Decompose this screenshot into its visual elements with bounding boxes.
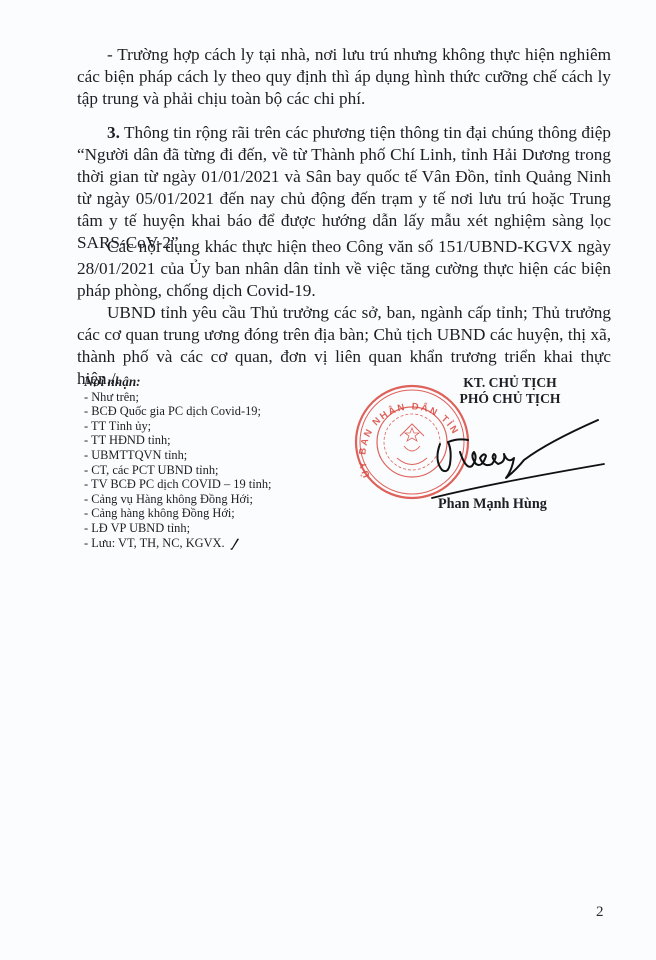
paragraph-text: Thông tin rộng rãi trên các phương tiện … xyxy=(77,123,611,252)
paragraph-text: Các nội dụng khác thực hiện theo Công vă… xyxy=(77,237,611,300)
recipient-item: - Cảng hàng không Đồng Hới; xyxy=(84,506,271,521)
paragraph-other-content: Các nội dụng khác thực hiện theo Công vă… xyxy=(77,236,611,302)
recipient-item: - Cảng vụ Hàng không Đồng Hới; xyxy=(84,492,271,507)
signature-title-line2: PHÓ CHỦ TỊCH xyxy=(450,390,570,408)
recipient-item: - LĐ VP UBND tỉnh; xyxy=(84,521,271,536)
paragraph-text: - Trường hợp cách ly tại nhà, nơi lưu tr… xyxy=(77,45,611,108)
recipients-list: Nơi nhận: - Như trên; - BCĐ Quốc gia PC … xyxy=(84,375,271,551)
item-number: 3. xyxy=(107,123,120,142)
recipient-item: - Lưu: VT, TH, NC, KGVX. xyxy=(84,536,271,551)
recipient-item: - Như trên; xyxy=(84,390,271,405)
paragraph-home-quarantine: - Trường hợp cách ly tại nhà, nơi lưu tr… xyxy=(77,44,611,110)
checkmark-icon xyxy=(227,537,241,551)
recipients-title: Nơi nhận: xyxy=(84,375,271,390)
signature-block: ỦY BAN NHÂN DÂN TỈNH KT. CHỦ TỊCH PHÓ CH… xyxy=(348,372,608,532)
recipient-item-text: - Lưu: VT, TH, NC, KGVX. xyxy=(84,536,225,550)
page-number: 2 xyxy=(596,904,604,921)
recipient-item: - TT Tỉnh ủy; xyxy=(84,419,271,434)
recipient-item: - TT HĐND tỉnh; xyxy=(84,433,271,448)
handwritten-signature-icon xyxy=(428,412,608,502)
document-page: - Trường hợp cách ly tại nhà, nơi lưu tr… xyxy=(0,0,656,960)
paragraph-item-3: 3. Thông tin rộng rãi trên các phương ti… xyxy=(77,122,611,254)
recipient-item: - CT, các PCT UBND tỉnh; xyxy=(84,463,271,478)
recipient-item: - TV BCĐ PC dịch COVID – 19 tỉnh; xyxy=(84,477,271,492)
signer-name: Phan Mạnh Hùng xyxy=(438,496,547,513)
recipient-item: - UBMTTQVN tỉnh; xyxy=(84,448,271,463)
recipient-item: - BCĐ Quốc gia PC dịch Covid-19; xyxy=(84,404,271,419)
